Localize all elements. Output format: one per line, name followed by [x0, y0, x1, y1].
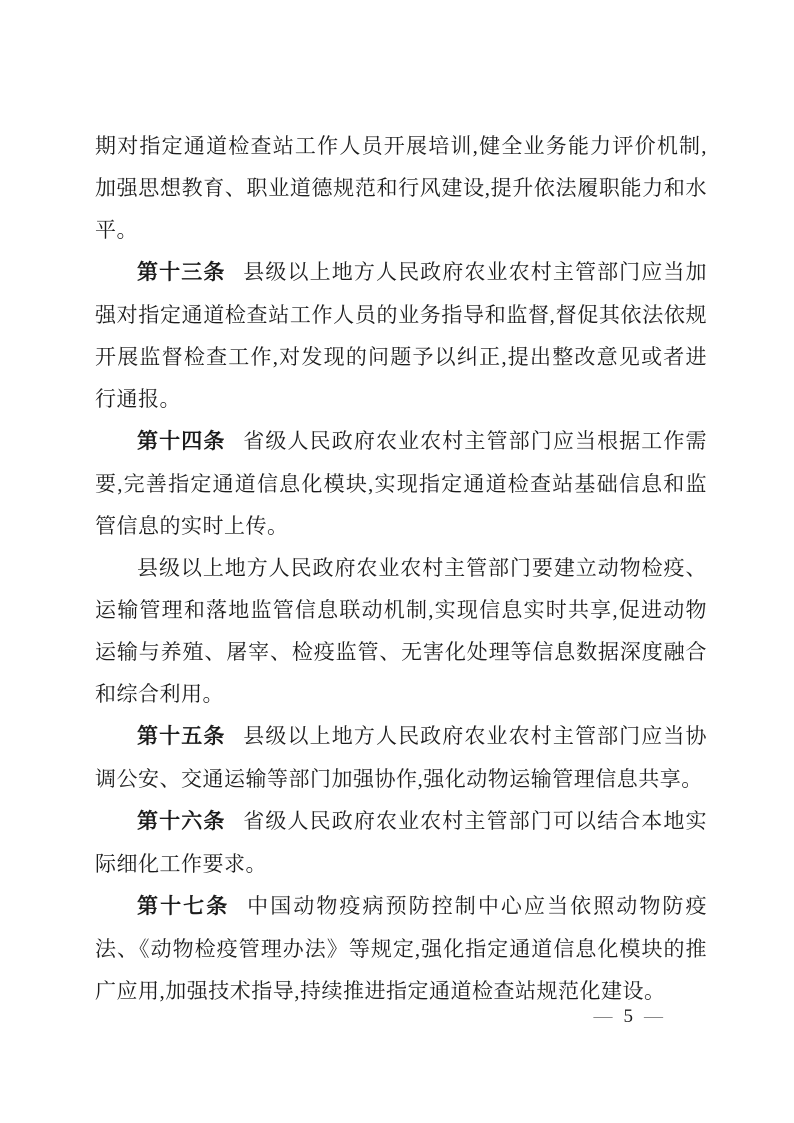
article-number-label: 第十六条	[137, 810, 225, 833]
paragraph-article-16: 第十六条省级人民政府农业农村主管部门可以结合本地实际细化工作要求。	[95, 800, 707, 885]
paragraph-article-15: 第十五条县级以上地方人民政府农业农村主管部门应当协调公安、交通运输等部门加强协作…	[95, 715, 707, 800]
page-footer: —5—	[594, 1004, 664, 1030]
paragraph-article-14: 第十四条省级人民政府农业农村主管部门应当根据工作需要,完善指定通道信息化模块,实…	[95, 420, 707, 547]
article-number-label: 第十七条	[137, 895, 229, 918]
article-number-label: 第十五条	[137, 725, 225, 748]
document-body: 期对指定通道检查站工作人员开展培训,健全业务能力评价机制,加强思想教育、职业道德…	[95, 125, 707, 1012]
paragraph-continuation: 期对指定通道检查站工作人员开展培训,健全业务能力评价机制,加强思想教育、职业道德…	[95, 125, 707, 251]
article-number-label: 第十四条	[137, 430, 225, 453]
page-number-left-dash: —	[594, 1006, 613, 1027]
page-number: 5	[624, 1006, 634, 1027]
article-number-label: 第十三条	[137, 261, 225, 284]
paragraph-text: 期对指定通道检查站工作人员开展培训,健全业务能力评价机制,加强思想教育、职业道德…	[95, 134, 707, 242]
page-number-right-dash: —	[644, 1006, 663, 1027]
paragraph-article-14-clause-2: 县级以上地方人民政府农业农村主管部门要建立动物检疫、运输管理和落地监管信息联动机…	[95, 547, 707, 715]
paragraph-article-13: 第十三条县级以上地方人民政府农业农村主管部门应当加强对指定通道检查站工作人员的业…	[95, 251, 707, 420]
document-page: 期对指定通道检查站工作人员开展培训,健全业务能力评价机制,加强思想教育、职业道德…	[0, 0, 794, 1123]
paragraph-article-17: 第十七条中国动物疫病预防控制中心应当依照动物防疫法、《动物检疫管理办法》等规定,…	[95, 885, 707, 1012]
paragraph-text: 县级以上地方人民政府农业农村主管部门要建立动物检疫、运输管理和落地监管信息联动机…	[95, 556, 707, 706]
